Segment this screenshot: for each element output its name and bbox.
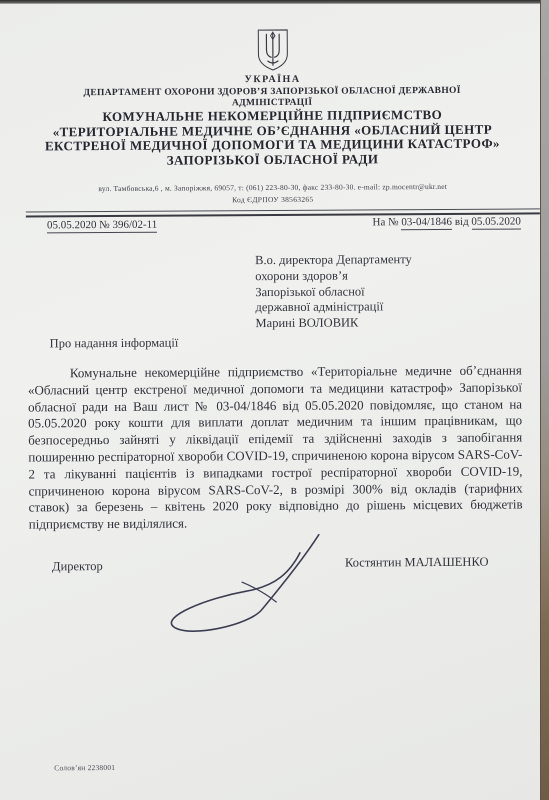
subject-line: Про надання інформації (50, 336, 179, 352)
signer-name: Костянтин МАЛАШЕНКО (345, 555, 489, 571)
executor-note: Солов’ян 2238001 (54, 763, 115, 772)
letter-body: Комунальне некомерційне підприємство «Те… (28, 362, 523, 533)
incoming-reference-date: 05.05.2020 (471, 215, 521, 229)
letter-content: УКРАЇНА ДЕПАРТАМЕНТ ОХОРОНИ ЗДОРОВ’Я ЗАП… (0, 0, 549, 800)
country-label: УКРАЇНА (0, 72, 547, 86)
department-name: ДЕПАРТАМЕНТ ОХОРОНИ ЗДОРОВ’Я ЗАПОРІЗЬКОЇ… (22, 85, 522, 110)
signer-title: Директор (52, 559, 103, 574)
edrpou-code: Код ЄДРПОУ 38563265 (23, 193, 523, 205)
recipient-line: державної адміністрації (255, 299, 485, 316)
incoming-reference: На № 03-04/1846 від 05.05.2020 (372, 215, 520, 228)
incoming-reference-number: 03-04/1846 (401, 216, 452, 230)
recipient-line: Запорізької обласної (255, 283, 485, 300)
incoming-reference-prefix: На № (372, 216, 401, 228)
ukraine-coat-of-arms-icon (256, 27, 290, 73)
recipient-line: Марині ВОЛОВИК (255, 315, 485, 332)
contact-address-line: вул. Тамбовська,6 , м. Запоріжжя, 69057,… (23, 181, 523, 193)
organization-name: КОМУНАЛЬНЕ НЕКОМЕРЦІЙНЕ ПІДПРИЄМСТВО «ТЕ… (12, 107, 532, 168)
recipient-block: В.о. директора Департаменту охорони здор… (255, 252, 485, 332)
recipient-line: охорони здоров’я (255, 268, 485, 285)
outgoing-reference: 05.05.2020 № 396/02-11 (47, 219, 157, 234)
incoming-reference-mid: від (452, 216, 471, 228)
recipient-line: В.о. директора Департаменту (255, 252, 485, 269)
scanned-letter: УКРАЇНА ДЕПАРТАМЕНТ ОХОРОНИ ЗДОРОВ’Я ЗАП… (0, 0, 549, 800)
handwritten-signature (156, 532, 347, 641)
